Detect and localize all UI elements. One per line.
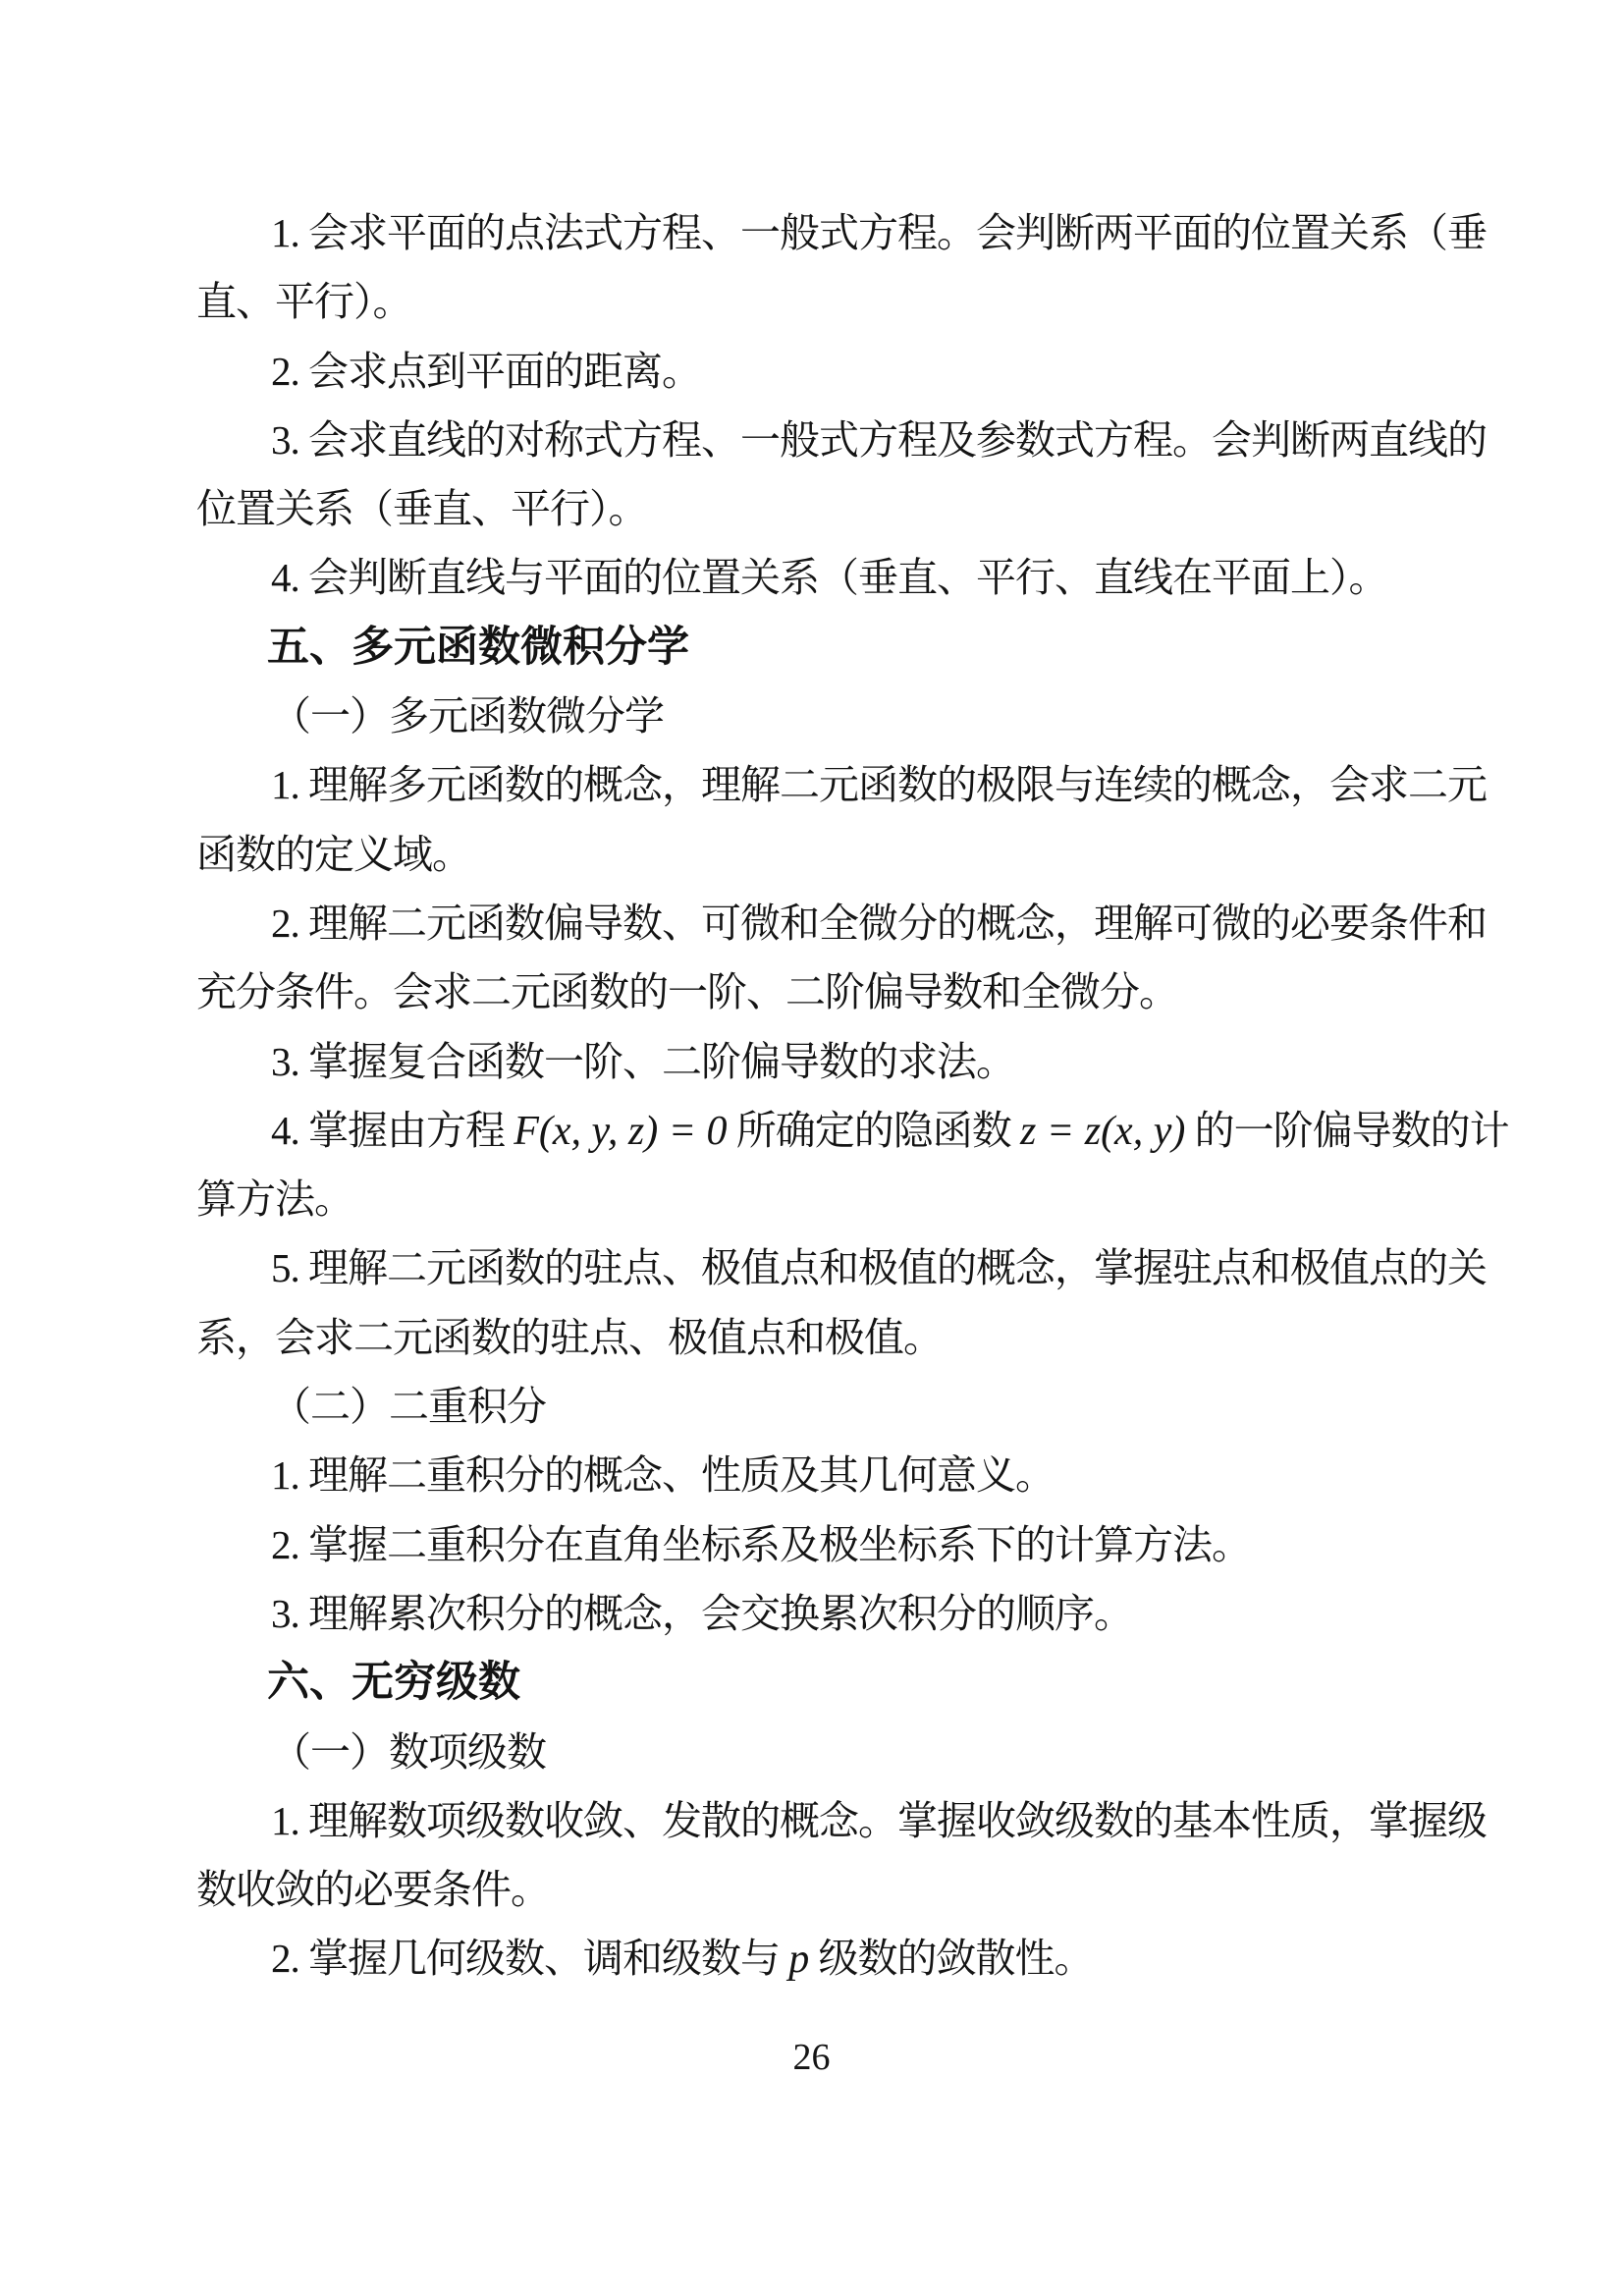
list-item-line: 1. 理解二重积分的概念、性质及其几何意义。 — [196, 1441, 1443, 1509]
list-item-line: 5. 理解二元函数的驻点、极值点和极值的概念，掌握驻点和极值点的关 — [196, 1233, 1443, 1302]
section-heading-6: 六、无穷级数 — [196, 1648, 1443, 1717]
section-heading-5: 五、多元函数微积分学 — [196, 613, 1443, 682]
text-segment: 所确定的隐函数 — [728, 1108, 1021, 1153]
subsection-heading: （一）多元函数微分学 — [196, 682, 1443, 750]
list-item-line: 1. 理解数项级数收敛、发散的概念。掌握收敛级数的基本性质，掌握级 — [196, 1786, 1443, 1855]
list-item-line: 2. 会求点到平面的距离。 — [196, 337, 1443, 406]
list-item-line-math: 4. 掌握由方程 F(x, y, z) = 0 所确定的隐函数 z = z(x,… — [196, 1096, 1443, 1165]
subsection-heading: （二）二重积分 — [196, 1372, 1443, 1441]
list-item-continuation: 充分条件。会求二元函数的一阶、二阶偏导数和全微分。 — [196, 957, 1443, 1026]
list-item-continuation: 算方法。 — [196, 1165, 1443, 1233]
list-item-line: 2. 掌握二重积分在直角坐标系及极坐标系下的计算方法。 — [196, 1510, 1443, 1579]
document-body: 1. 会求平面的点法式方程、一般式方程。会判断两平面的位置关系（垂 直、平行）。… — [196, 198, 1443, 1994]
text-segment: 4. 掌握由方程 — [271, 1108, 514, 1153]
list-item-line: 3. 会求直线的对称式方程、一般式方程及参数式方程。会判断两直线的 — [196, 406, 1443, 474]
list-item-line: 2. 理解二元函数偏导数、可微和全微分的概念，理解可微的必要条件和 — [196, 889, 1443, 957]
list-item-continuation: 函数的定义域。 — [196, 820, 1443, 889]
text-segment: 的一阶偏导数的计 — [1185, 1108, 1508, 1153]
math-formula: p — [788, 1937, 809, 1982]
list-item-line-math: 2. 掌握几何级数、调和级数与 p 级数的敛散性。 — [196, 1924, 1443, 1993]
list-item-continuation: 系，会求二元函数的驻点、极值点和极值。 — [196, 1303, 1443, 1372]
text-segment: 级数的敛散性。 — [809, 1936, 1093, 1981]
text-segment: 2. 掌握几何级数、调和级数与 — [271, 1936, 788, 1981]
subsection-heading: （一）数项级数 — [196, 1718, 1443, 1786]
list-item-continuation: 直、平行）。 — [196, 267, 1443, 336]
document-page: 1. 会求平面的点法式方程、一般式方程。会判断两平面的位置关系（垂 直、平行）。… — [0, 0, 1623, 2296]
list-item-line: 4. 会判断直线与平面的位置关系（垂直、平行、直线在平面上）。 — [196, 543, 1443, 612]
list-item-line: 3. 理解累次积分的概念，会交换累次积分的顺序。 — [196, 1579, 1443, 1648]
page-number: 26 — [0, 2035, 1623, 2080]
list-item-continuation: 数收敛的必要条件。 — [196, 1855, 1443, 1924]
math-formula: z = z(x, y) — [1020, 1109, 1185, 1154]
list-item-line: 1. 会求平面的点法式方程、一般式方程。会判断两平面的位置关系（垂 — [196, 198, 1443, 267]
list-item-continuation: 位置关系（垂直、平行）。 — [196, 474, 1443, 543]
list-item-line: 1. 理解多元函数的概念，理解二元函数的极限与连续的概念，会求二元 — [196, 750, 1443, 819]
math-formula: F(x, y, z) = 0 — [514, 1109, 727, 1154]
list-item-line: 3. 掌握复合函数一阶、二阶偏导数的求法。 — [196, 1027, 1443, 1096]
